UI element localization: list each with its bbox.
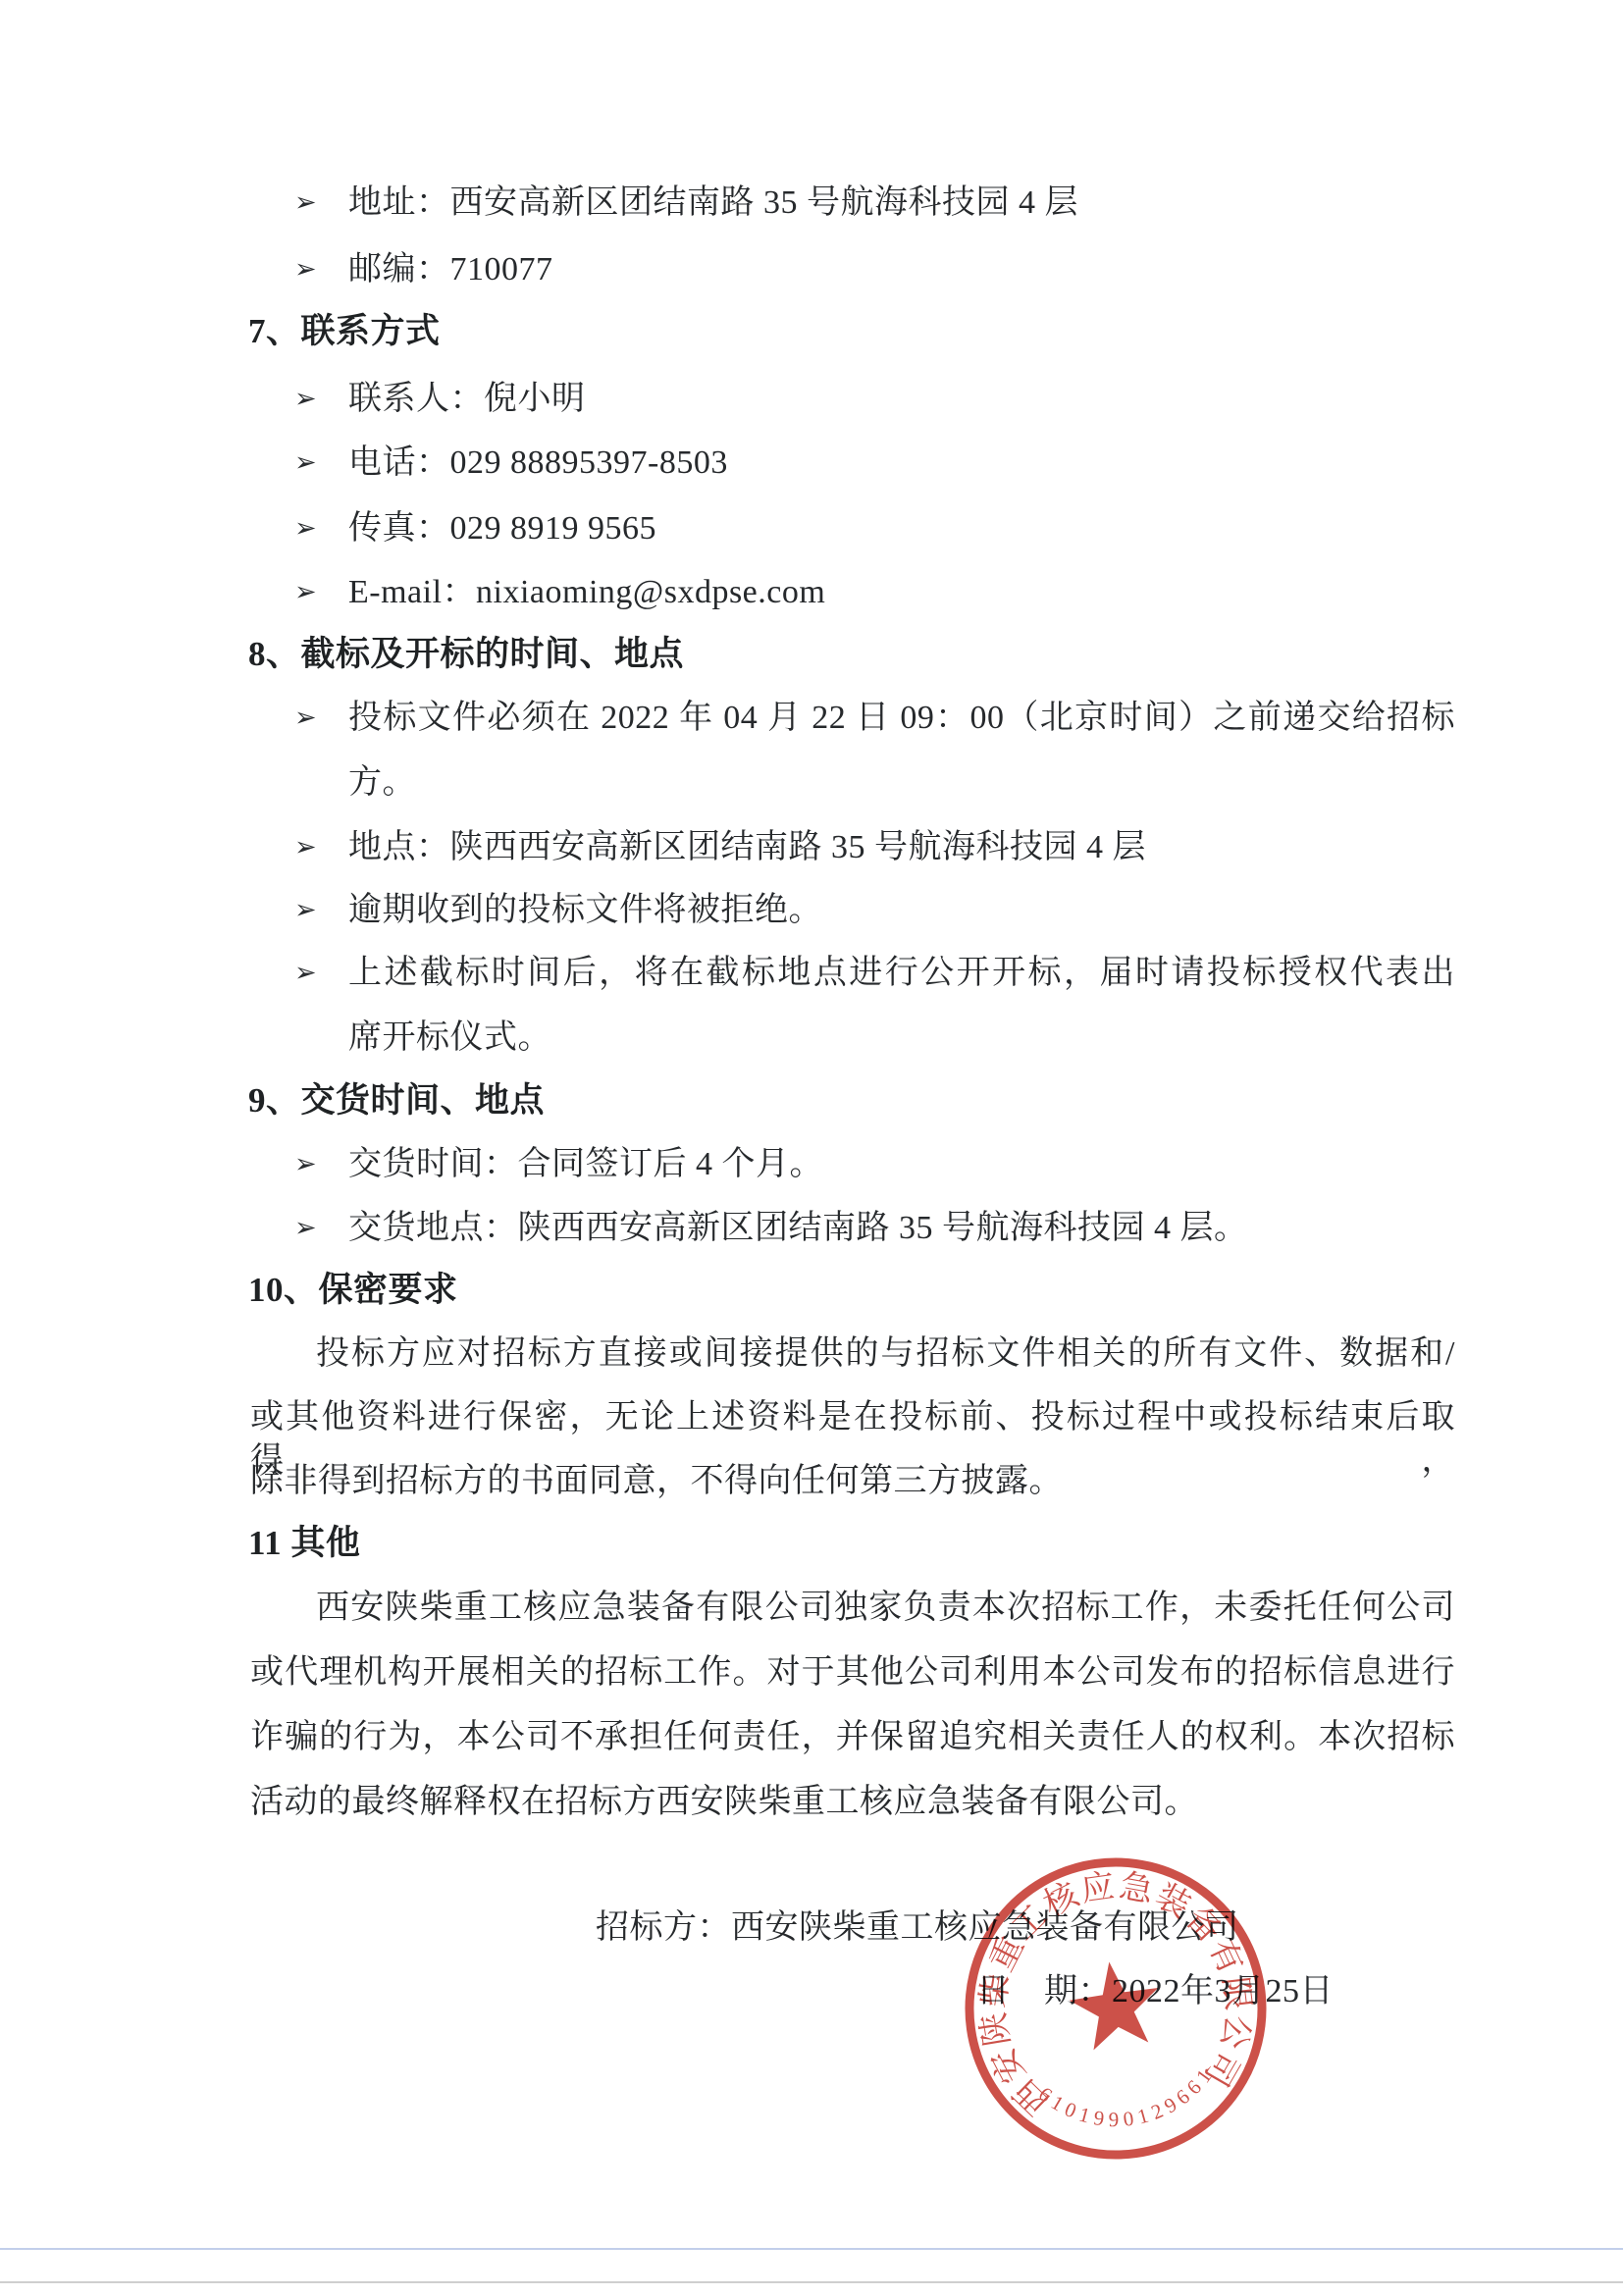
section-7-heading: 7、联系方式 [248, 310, 441, 353]
confidentiality-line-1: 投标方应对招标方直接或间接提供的与招标文件相关的所有文件、数据和/ [316, 1332, 1455, 1376]
bullet-arrow-icon: ➢ [294, 826, 317, 869]
address-line: 地址：西安高新区团结南路 35 号航海科技园 4 层 [348, 182, 1078, 225]
delivery-place-line: 交货地点：陕西西安高新区团结南路 35 号航海科技园 4 层。 [348, 1207, 1248, 1250]
section-9-heading: 9、交货时间、地点 [248, 1079, 545, 1122]
official-seal: 西安陕柴重工核应急装备有限公司 6101990129661 [927, 1820, 1304, 2197]
bullet-arrow-icon: ➢ [294, 182, 317, 225]
other-line-1: 西安陕柴重工核应急装备有限公司独家负责本次招标工作，未委托任何公司 [316, 1587, 1455, 1630]
other-line-4: 活动的最终解释权在招标方西安陕柴重工核应急装备有限公司。 [250, 1781, 1198, 1824]
delivery-time-line: 交货时间：合同签订后 4 个月。 [348, 1143, 823, 1186]
bullet-arrow-icon: ➢ [294, 507, 317, 550]
bullet-arrow-icon: ➢ [294, 442, 317, 485]
official-seal-svg: 西安陕柴重工核应急装备有限公司 6101990129661 [927, 1820, 1304, 2197]
bid-location-line: 地点：陕西西安高新区团结南路 35 号航海科技园 4 层 [348, 826, 1146, 869]
fax-line: 传真：029 8919 9565 [348, 507, 656, 550]
contact-person-line: 联系人：倪小明 [348, 378, 586, 421]
bullet-arrow-icon: ➢ [294, 1143, 317, 1186]
confidentiality-line-3: 除非得到招标方的书面同意，不得向任何第三方披露。 [250, 1460, 1063, 1503]
bullet-arrow-icon: ➢ [294, 697, 317, 740]
deadline-line-2: 方。 [348, 761, 416, 805]
bullet-arrow-icon: ➢ [294, 378, 317, 421]
section-10-heading: 10、保密要求 [248, 1269, 458, 1312]
bullet-arrow-icon: ➢ [294, 248, 317, 291]
opening-line-1: 上述截标时间后，将在截标地点进行公开开标，届时请投标授权代表出 [348, 952, 1455, 995]
deadline-line-1: 投标文件必须在 2022 年 04 月 22 日 09：00（北京时间）之前递交… [348, 697, 1455, 740]
zipcode-line: 邮编：710077 [348, 248, 553, 291]
late-bid-line: 逾期收到的投标文件将被拒绝。 [348, 889, 822, 932]
bullet-arrow-icon: ➢ [294, 571, 317, 614]
other-line-3: 诈骗的行为，本公司不承担任何责任，并保留追究相关责任人的权利。本次招标 [250, 1716, 1455, 1759]
section-8-heading: 8、截标及开标的时间、地点 [248, 633, 684, 676]
footer-rule-gray [0, 2281, 1623, 2283]
other-line-2: 或代理机构开展相关的招标工作。对于其他公司利用本公司发布的招标信息进行 [250, 1651, 1455, 1695]
section-11-heading: 11 其他 [248, 1522, 360, 1565]
seal-star-icon [1065, 1956, 1166, 2053]
footer-rule-blue [0, 2248, 1623, 2250]
bullet-arrow-icon: ➢ [294, 1207, 317, 1250]
email-line: E-mail：nixiaoming@sxdpse.com [348, 571, 825, 614]
bullet-arrow-icon: ➢ [294, 952, 317, 995]
opening-line-2: 席开标仪式。 [348, 1017, 551, 1060]
phone-line: 电话：029 88895397-8503 [348, 442, 728, 485]
bullet-arrow-icon: ➢ [294, 889, 317, 932]
document-page: ➢ 地址：西安高新区团结南路 35 号航海科技园 4 层 ➢ 邮编：710077… [0, 0, 1623, 2296]
